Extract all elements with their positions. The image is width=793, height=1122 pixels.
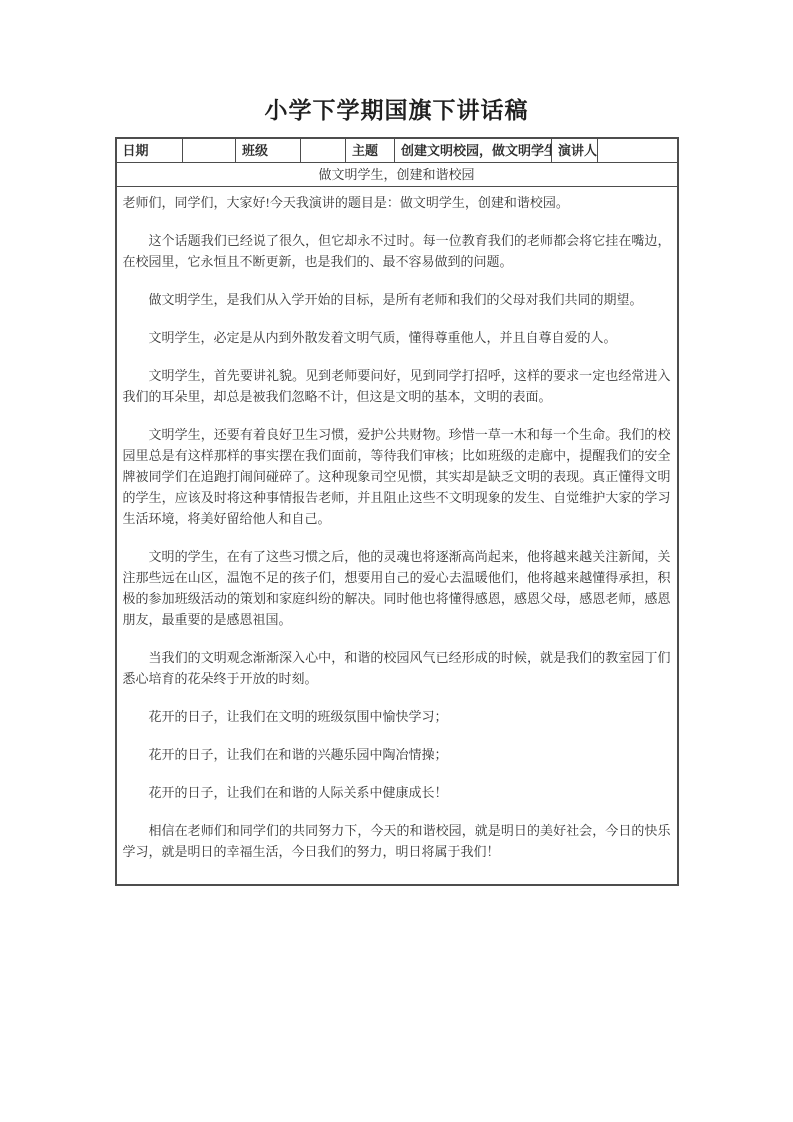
speech-paragraph: 老师们，同学们，大家好!今天我演讲的题目是：做文明学生，创建和谐校园。	[123, 192, 671, 213]
topic-value-cell: 创建文明校园，做文明学生	[395, 138, 552, 163]
date-value-cell	[183, 138, 236, 163]
speech-paragraph: 相信在老师们和同学们的共同努力下，今天的和谐校园，就是明日的美好社会，今日的快乐…	[123, 820, 671, 862]
speech-paragraph: 文明学生，首先要讲礼貌。见到老师要问好，见到同学打招呼，这样的要求一定也经常进入…	[123, 365, 671, 407]
subtitle-row: 做文明学生，创建和谐校园	[116, 163, 678, 187]
speech-paragraph: 花开的日子，让我们在和谐的兴趣乐园中陶冶情操；	[123, 744, 671, 765]
document-page: 小学下学期国旗下讲话稿 日期 班级 主题 创建文明校园，做文明学生 演讲人	[0, 0, 793, 1122]
speech-body-cell: 老师们，同学们，大家好!今天我演讲的题目是：做文明学生，创建和谐校园。这个话题我…	[116, 187, 678, 886]
speaker-label-cell: 演讲人	[552, 138, 598, 163]
speech-paragraph: 这个话题我们已经说了很久，但它却永不过时。每一位教育我们的老师都会将它挂在嘴边，…	[123, 230, 671, 272]
speech-body: 老师们，同学们，大家好!今天我演讲的题目是：做文明学生，创建和谐校园。这个话题我…	[123, 192, 671, 862]
class-label-cell: 班级	[236, 138, 301, 163]
speaker-value-cell	[598, 138, 678, 163]
date-label-cell: 日期	[116, 138, 183, 163]
topic-label-cell: 主题	[346, 138, 395, 163]
speech-paragraph: 做文明学生，是我们从入学开始的目标，是所有老师和我们的父母对我们共同的期望。	[123, 289, 671, 310]
class-value-cell	[301, 138, 346, 163]
body-row: 老师们，同学们，大家好!今天我演讲的题目是：做文明学生，创建和谐校园。这个话题我…	[116, 187, 678, 886]
speech-paragraph: 文明学生，必定是从内到外散发着文明气质，懂得尊重他人，并且自尊自爱的人。	[123, 327, 671, 348]
speech-paragraph: 花开的日子，让我们在和谐的人际关系中健康成长！	[123, 782, 671, 803]
meta-header-row: 日期 班级 主题 创建文明校园，做文明学生 演讲人	[116, 138, 678, 163]
speech-subtitle: 做文明学生，创建和谐校园	[116, 163, 678, 187]
meta-table: 日期 班级 主题 创建文明校园，做文明学生 演讲人 做文明学生，创建和谐校园 老…	[115, 137, 679, 886]
speech-paragraph: 文明的学生，在有了这些习惯之后，他的灵魂也将逐渐高尚起来，他将越来越关注新闻，关…	[123, 546, 671, 630]
speech-paragraph: 文明学生，还要有着良好卫生习惯，爱护公共财物。珍惜一草一木和每一个生命。我们的校…	[123, 424, 671, 529]
document-title: 小学下学期国旗下讲话稿	[0, 0, 793, 126]
speech-paragraph: 花开的日子，让我们在文明的班级氛围中愉快学习；	[123, 706, 671, 727]
speech-paragraph: 当我们的文明观念渐渐深入心中，和谐的校园风气已经形成的时候，就是我们的教室园丁们…	[123, 647, 671, 689]
